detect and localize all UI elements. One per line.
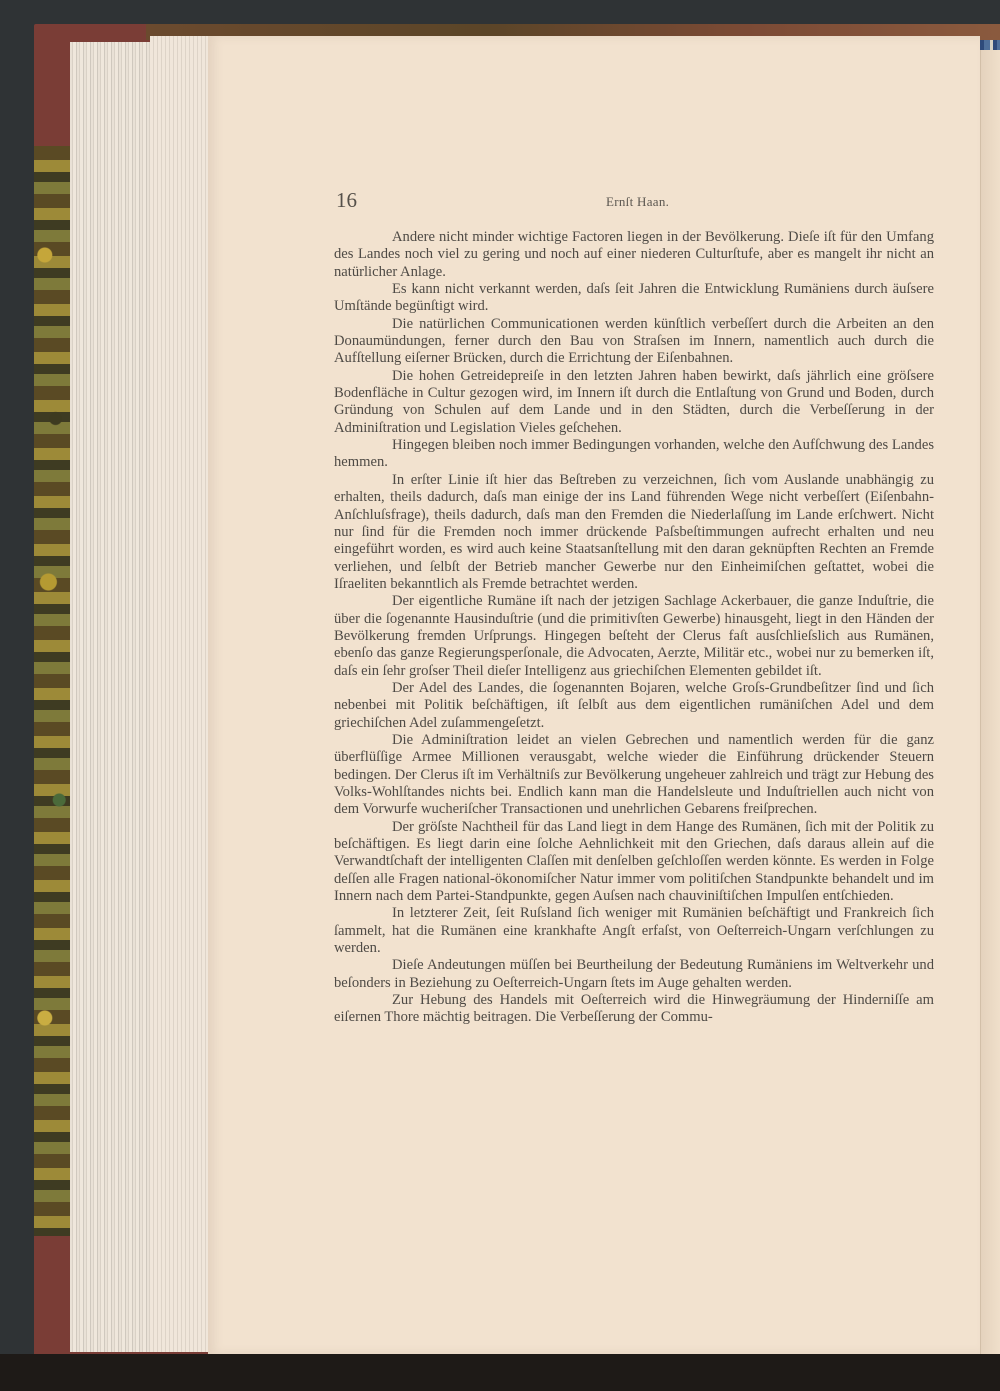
page-number: 16 <box>336 188 357 213</box>
bottom-shadow <box>0 1354 1000 1391</box>
running-head: 16 Ernſt Haan. <box>336 188 936 212</box>
paragraph: Die hohen Getreidepreiſe in den letzten … <box>334 368 934 437</box>
paragraph: Der Adel des Landes, die ſogenannten Boj… <box>334 680 934 732</box>
paragraph: Andere nicht minder wichtige Factoren li… <box>334 229 934 281</box>
paragraph: Der eigentliche Rumäne iſt nach der jetz… <box>334 593 934 680</box>
running-title: Ernſt Haan. <box>606 194 669 210</box>
body-text: Andere nicht minder wichtige Factoren li… <box>334 229 934 1027</box>
paragraph: Hingegen bleiben noch immer Bedingungen … <box>334 437 934 472</box>
paragraph: Der gröſste Nachtheil für das Land liegt… <box>334 819 934 906</box>
page-stack-inner <box>150 36 210 1352</box>
paragraph: Es kann nicht verkannt werden, daſs ſeit… <box>334 281 934 316</box>
paragraph: In letzterer Zeit, ſeit Ruſsland ſich we… <box>334 905 934 957</box>
paragraph: Dieſe Andeutungen müſſen bei Beurtheilun… <box>334 957 934 992</box>
facing-page-edge <box>980 50 1000 1355</box>
paragraph: Die natürlichen Communicationen werden k… <box>334 316 934 368</box>
paragraph: Die Adminiſtration leidet an vielen Gebr… <box>334 732 934 819</box>
marbled-board <box>34 146 70 1236</box>
paragraph: Zur Hebung des Handels mit Oeſterreich w… <box>334 992 934 1027</box>
paragraph: In erſter Linie iſt hier das Beſtreben z… <box>334 472 934 593</box>
